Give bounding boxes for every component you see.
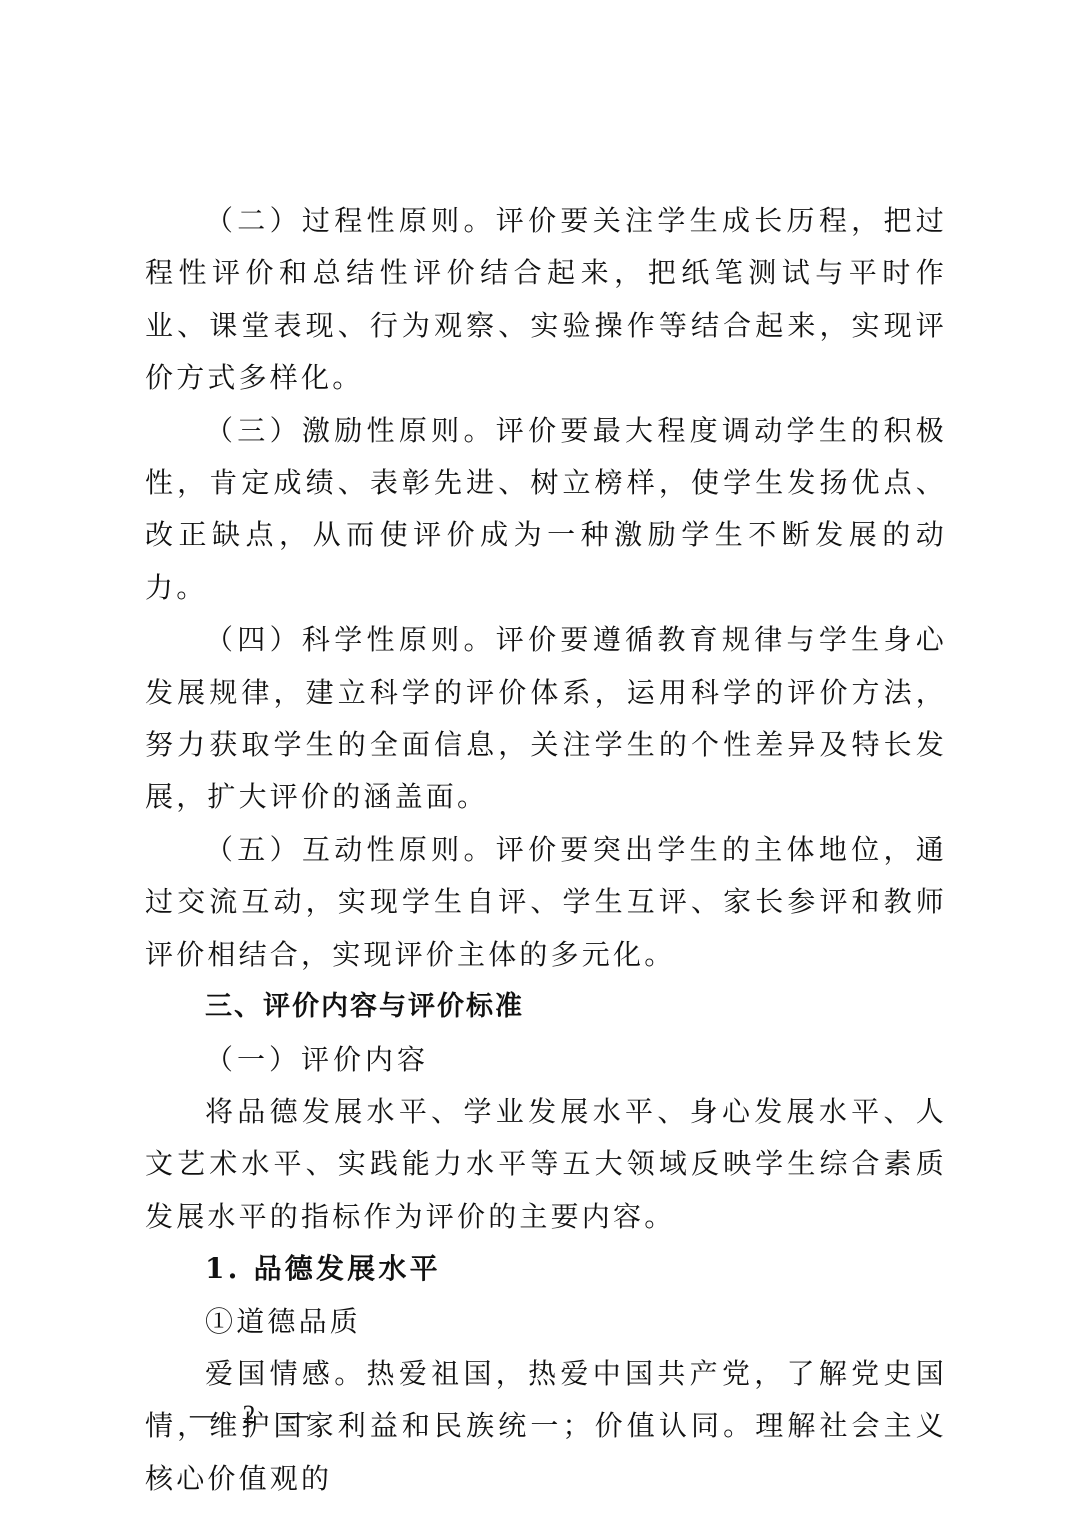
paragraph-incentive-principle: （三）激励性原则。评价要最大程度调动学生的积极性，肯定成绩、表彰先进、树立榜样，… (145, 405, 947, 615)
page-number: — 2 — (190, 1400, 318, 1430)
paragraph-five-domains: 将品德发展水平、学业发展水平、身心发展水平、人文艺术水平、实践能力水平等五大领域… (145, 1086, 947, 1243)
paragraph-process-principle: （二）过程性原则。评价要关注学生成长历程，把过程性评价和总结性评价结合起来，把纸… (145, 195, 947, 405)
section-heading-evaluation-content-standards: 三、评价内容与评价标准 (145, 981, 947, 1033)
subheading-evaluation-content: （一）评价内容 (145, 1034, 947, 1086)
paragraph-interactive-principle: （五）互动性原则。评价要突出学生的主体地位，通过交流互动，实现学生自评、学生互评… (145, 824, 947, 981)
paragraph-scientific-principle: （四）科学性原则。评价要遵循教育规律与学生身心发展规律，建立科学的评价体系，运用… (145, 614, 947, 824)
item-heading-moral-development: 1. 品德发展水平 (145, 1243, 947, 1295)
document-body: （二）过程性原则。评价要关注学生成长历程，把过程性评价和总结性评价结合起来，把纸… (145, 195, 947, 1505)
document-page: （二）过程性原则。评价要关注学生成长历程，把过程性评价和总结性评价结合起来，把纸… (0, 0, 1080, 1527)
item-heading-moral-quality: ①道德品质 (145, 1296, 947, 1348)
